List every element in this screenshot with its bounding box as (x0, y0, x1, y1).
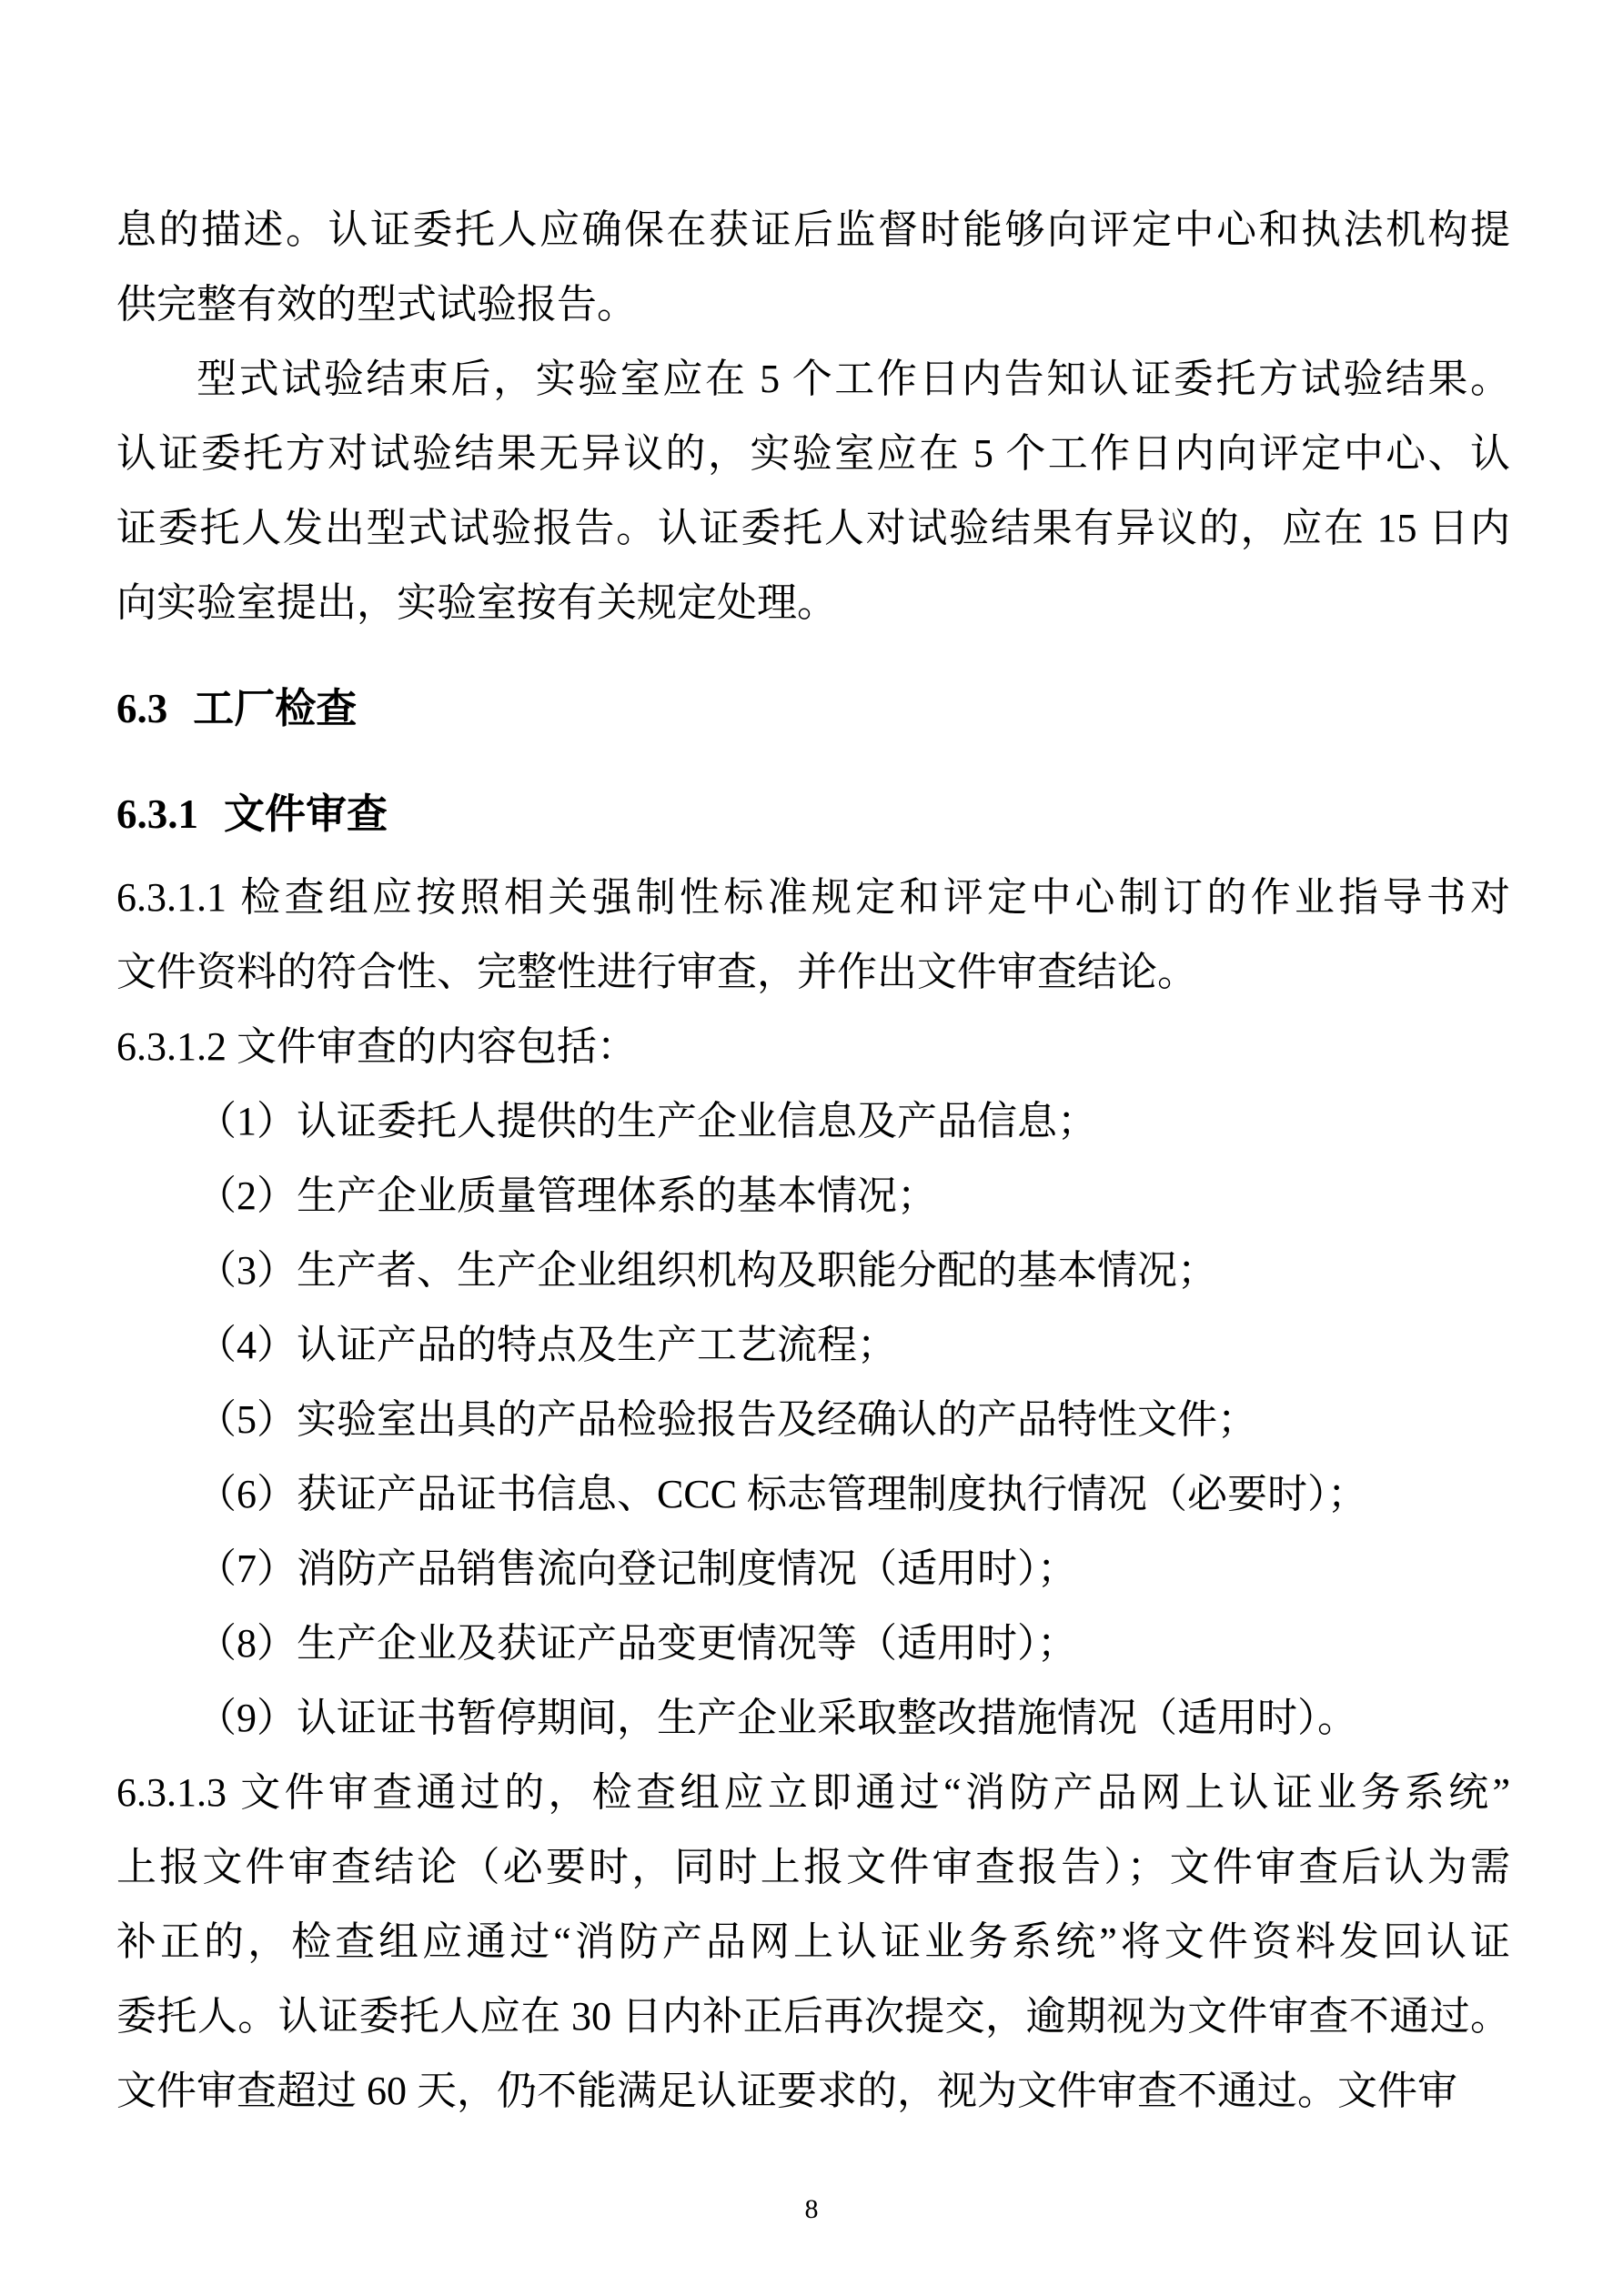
body-line: 委托人。认证委托人应在 30 日内补正后再次提交，逾期视为文件审查不通过。 (116, 1979, 1510, 2054)
section-title: 工厂检查 (193, 685, 357, 731)
list-item: （3）生产者、生产企业组织机构及职能分配的基本情况； (116, 1234, 1510, 1308)
section-number: 6.3.1 (116, 791, 198, 837)
list-item: （1）认证委托人提供的生产企业信息及产品信息； (116, 1084, 1510, 1159)
section-heading-6-3: 6.3工厂检查 (116, 671, 1510, 746)
body-line: 认证委托方对试验结果无异议的，实验室应在 5 个工作日内向评定中心、认 (116, 417, 1510, 491)
section-title: 文件审查 (224, 791, 388, 837)
body-line: 6.3.1.2 文件审查的内容包括： (116, 1010, 1510, 1084)
list-item: （4）认证产品的特点及生产工艺流程； (116, 1308, 1510, 1383)
page-number-footer: 8 (0, 2194, 1623, 2225)
document-body: 息的描述。认证委托人应确保在获证后监督时能够向评定中心和执法机构提 供完整有效的… (116, 193, 1510, 2129)
list-item: （7）消防产品销售流向登记制度情况（适用时）； (116, 1532, 1510, 1606)
section-heading-6-3-1: 6.3.1文件审查 (116, 777, 1510, 851)
list-item: （6）获证产品证书信息、CCC 标志管理制度执行情况（必要时）； (116, 1457, 1510, 1532)
body-line: 上报文件审查结论（必要时，同时上报文件审查报告）；文件审查后认为需 (116, 1830, 1510, 1905)
body-line: 向实验室提出，实验室按有关规定处理。 (116, 566, 1510, 640)
document-page: 息的描述。认证委托人应确保在获证后监督时能够向评定中心和执法机构提 供完整有效的… (0, 0, 1623, 2296)
body-line: 文件审查超过 60 天，仍不能满足认证要求的，视为文件审查不通过。文件审 (116, 2054, 1510, 2129)
list-item: （9）认证证书暂停期间，生产企业采取整改措施情况（适用时）。 (116, 1681, 1510, 1756)
list-item: （8）生产企业及获证产品变更情况等（适用时）； (116, 1606, 1510, 1681)
section-number: 6.3 (116, 686, 167, 731)
list-item: （5）实验室出具的产品检验报告及经确认的产品特性文件； (116, 1383, 1510, 1457)
body-line: 文件资料的符合性、完整性进行审查，并作出文件审查结论。 (116, 935, 1510, 1010)
body-line: 证委托人发出型式试验报告。认证委托人对试验结果有异议的，应在 15 日内 (116, 491, 1510, 566)
list-item: （2）生产企业质量管理体系的基本情况； (116, 1159, 1510, 1234)
body-line: 6.3.1.1 检查组应按照相关强制性标准规定和评定中心制订的作业指导书对 (116, 861, 1510, 935)
body-line: 6.3.1.3 文件审查通过的，检查组应立即通过“消防产品网上认证业务系统” (116, 1756, 1510, 1830)
body-line: 供完整有效的型式试验报告。 (116, 267, 1510, 342)
body-line: 补正的，检查组应通过“消防产品网上认证业务系统”将文件资料发回认证 (116, 1905, 1510, 1979)
body-line: 型式试验结束后，实验室应在 5 个工作日内告知认证委托方试验结果。 (116, 342, 1510, 417)
body-line: 息的描述。认证委托人应确保在获证后监督时能够向评定中心和执法机构提 (116, 193, 1510, 267)
